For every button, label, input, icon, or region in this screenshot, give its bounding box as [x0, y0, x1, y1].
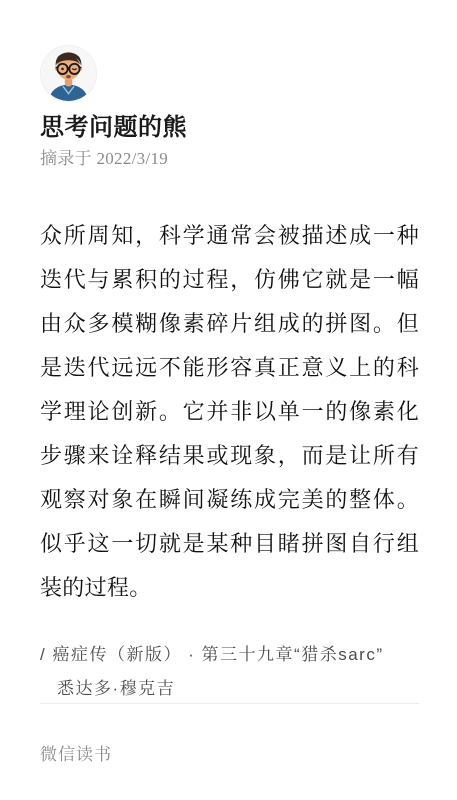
book-author: 悉达多·穆克吉: [40, 672, 418, 706]
user-avatar: [40, 45, 97, 102]
card-footer: 微信读书: [40, 703, 419, 765]
book-title-chapter: / 癌症传（新版） · 第三十九章“猎杀sarc”: [40, 638, 418, 672]
source-attribution: / 癌症传（新版） · 第三十九章“猎杀sarc” 悉达多·穆克吉: [40, 638, 418, 706]
share-card: 思考问题的熊 摘录于 2022/3/19 众所周知，科学通常会被描述成一种迭代与…: [0, 0, 457, 800]
username: 思考问题的熊: [40, 113, 418, 143]
quote-text: 众所周知，科学通常会被描述成一种迭代与累积的过程，仿佛它就是一幅由众多模糊像素碎…: [40, 214, 419, 610]
brand-name: 微信读书: [40, 740, 419, 765]
footer-divider: [40, 703, 419, 704]
excerpt-date: 摘录于 2022/3/19: [40, 148, 418, 170]
user-avatar-icon: [41, 46, 96, 101]
